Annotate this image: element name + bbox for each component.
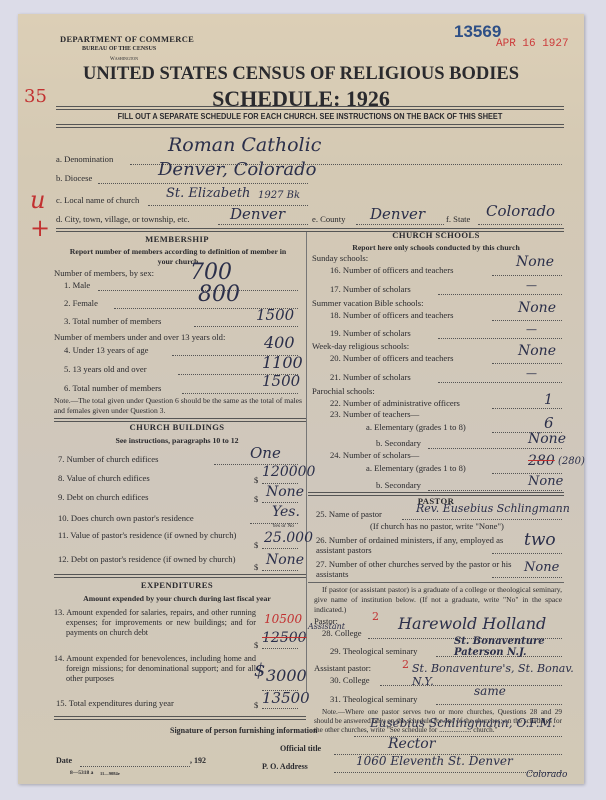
total-members-age-line (182, 393, 298, 394)
q25-hint: (If church has no pastor, write "None") (370, 521, 504, 531)
female-label: 2. Female (64, 298, 98, 308)
membership-heading: MEMBERSHIP (48, 234, 306, 244)
members-by-sex-label: Number of members, by sex: (54, 268, 154, 278)
total-members-age-label: 6. Total number of members (64, 383, 161, 393)
date-field[interactable] (80, 766, 190, 767)
residence-value-line (262, 548, 298, 549)
divider (56, 124, 564, 128)
owns-residence-value[interactable]: Yes. (272, 504, 300, 520)
graduate-note: If pastor (or assistant pastor) is a gra… (314, 585, 562, 615)
q23a-label: a. Elementary (grades 1 to 8) (366, 422, 466, 432)
signature-label: Signature of person furnishing informati… (170, 726, 317, 735)
male-label: 1. Male (64, 280, 90, 290)
official-title-label: Official title (280, 744, 321, 753)
under-13-label: 4. Under 13 years of age (64, 345, 148, 355)
schools-heading: CHURCH SCHOOLS (308, 230, 564, 240)
members-by-age-label: Number of members under and over 13 year… (54, 332, 225, 342)
q27-value[interactable]: None (524, 560, 559, 575)
bureau-city: Washington (110, 56, 138, 62)
q22-label: 22. Number of administrative officers (330, 398, 460, 408)
q23a-value[interactable]: 6 (544, 414, 554, 432)
currency-symbol: $ (254, 562, 258, 572)
q30-label: 30. College (330, 675, 370, 685)
total-members-line (194, 326, 298, 327)
residence-debt-label: 12. Debt on pastor's residence (if owned… (58, 554, 238, 564)
assistant-pastor-label: Assistant pastor: (314, 663, 371, 673)
summer-schools-label: Summer vacation Bible schools: (312, 298, 423, 308)
q23-label: 23. Number of teachers— (330, 409, 419, 419)
q13-label: 13. Amount expended for salaries, repair… (54, 608, 256, 638)
q20-value[interactable]: None (518, 343, 556, 359)
city-label: d. City, town, village, or township, etc… (56, 214, 190, 224)
denomination-value[interactable]: Roman Catholic (168, 134, 321, 156)
expenditures-heading: EXPENDITURES (48, 580, 306, 590)
over-13-value[interactable]: 1100 (262, 353, 303, 372)
q20-label: 20. Number of officers and teachers (330, 353, 453, 363)
local-name-label: c. Local name of church (56, 195, 139, 205)
q15-line (262, 708, 298, 709)
q21-value[interactable]: — (526, 367, 537, 380)
total-members-label: 3. Total number of members (64, 316, 161, 326)
q19-line (438, 338, 562, 339)
total-members-value[interactable]: 1500 (256, 306, 294, 324)
q18-line (492, 320, 562, 321)
margin-mark-count: 35 (24, 86, 47, 107)
red-mark: 2 (372, 610, 379, 623)
divider (54, 716, 306, 720)
residence-debt-line (262, 570, 298, 571)
currency-symbol: $ (254, 540, 258, 550)
q14-currency-mark: $ (254, 660, 265, 681)
residence-value-label: 11. Value of pastor's residence (if owne… (58, 530, 238, 540)
q16-line (492, 275, 562, 276)
q18-label: 18. Number of officers and teachers (330, 310, 453, 320)
divider (308, 582, 564, 583)
q16-label: 16. Number of officers and teachers (330, 265, 453, 275)
address-label: P. O. Address (262, 762, 308, 771)
edifices-debt-value[interactable]: None (266, 484, 304, 500)
q22-line (492, 408, 562, 409)
local-name-value[interactable]: St. Elizabeth (166, 186, 250, 201)
membership-subheading: Report number of members according to de… (68, 247, 288, 267)
currency-symbol: $ (254, 494, 258, 504)
weekday-schools-label: Week-day religious schools: (312, 341, 409, 351)
state-label: f. State (446, 214, 470, 224)
q24b-value[interactable]: None (528, 474, 563, 489)
print-code: 11—9084e (100, 771, 120, 776)
red-mark: 2 (402, 658, 409, 671)
currency-symbol: $ (254, 640, 258, 650)
city-line (218, 224, 308, 225)
received-date-stamp: APR 16 1927 (496, 38, 569, 50)
q24b-label: b. Secondary (376, 480, 421, 490)
q29-value[interactable]: St. Bonaventure Paterson N.J. (454, 636, 584, 658)
q24-label: 24. Number of scholars— (330, 450, 419, 460)
diocese-value[interactable]: Denver, Colorado (158, 159, 316, 180)
signature-value[interactable]: Eusebius Schlingmann, O.F.M. (370, 716, 556, 730)
q13-line (262, 648, 298, 649)
q25-value[interactable]: Rev. Eusebius Schlingmann (416, 502, 570, 515)
city-value[interactable]: Denver (230, 205, 285, 223)
diocese-label: b. Diocese (56, 173, 92, 183)
edifices-count-value[interactable]: One (250, 444, 281, 462)
q31-label: 31. Theological seminary (330, 694, 417, 704)
q16-value[interactable]: None (516, 254, 554, 270)
q28-label: 28. College (322, 628, 362, 638)
form-title: UNITED STATES CENSUS OF RELIGIOUS BODIES (18, 64, 584, 85)
edifices-debt-line (262, 502, 298, 503)
sunday-schools-label: Sunday schools: (312, 253, 368, 263)
q20-line (492, 363, 562, 364)
column-divider (306, 232, 307, 692)
parochial-schools-label: Parochial schools: (312, 386, 375, 396)
q23b-value[interactable]: None (528, 431, 566, 447)
q31-value[interactable]: same (474, 684, 506, 698)
form-code: 8—5318 a (70, 770, 93, 776)
q26-line (492, 553, 562, 554)
female-value[interactable]: 800 (198, 282, 240, 307)
divider (54, 574, 306, 578)
county-label: e. County (312, 214, 345, 224)
bureau-name: BUREAU OF THE CENSUS (82, 46, 156, 52)
q17-value[interactable]: — (526, 279, 537, 292)
q14-label: 14. Amount expended for benevolences, in… (54, 654, 256, 684)
q17-label: 17. Number of scholars (330, 284, 411, 294)
q15-label: 15. Total expenditures during year (56, 698, 174, 708)
signature-line (354, 736, 562, 737)
q19-label: 19. Number of scholars (330, 328, 411, 338)
q23b-label: b. Secondary (376, 438, 421, 448)
buildings-heading: CHURCH BUILDINGS (48, 422, 306, 432)
q25-label: 25. Name of pastor (316, 509, 382, 519)
q19-value[interactable]: — (526, 323, 537, 336)
census-schedule-form: DEPARTMENT OF COMMERCE BUREAU OF THE CEN… (18, 14, 584, 784)
q26-value[interactable]: two (524, 530, 556, 550)
q22-value[interactable]: 1 (544, 392, 553, 408)
q29-label: 29. Theological seminary (330, 646, 417, 656)
residence-value-value[interactable]: 25.000 (264, 530, 313, 546)
over-13-label: 5. 13 years old and over (64, 364, 147, 374)
instruction-banner: FILL OUT A SEPARATE SCHEDULE FOR EACH CH… (78, 112, 542, 121)
local-name-annotation: 1927 Bk (258, 190, 300, 201)
official-title-value[interactable]: Rector (388, 736, 435, 752)
q27-label: 27. Number of other churches served by t… (316, 559, 516, 579)
q17-line (438, 294, 562, 295)
total-members-age-value[interactable]: 1500 (262, 372, 300, 390)
yes-no-hint: Yes or No (272, 523, 294, 529)
under-13-value[interactable]: 400 (264, 333, 295, 352)
state-value[interactable]: Colorado (486, 202, 555, 220)
q24a-label: a. Elementary (grades 1 to 8) (366, 463, 466, 473)
date-year: , 192 (190, 756, 206, 765)
margin-mark-letter: u (30, 186, 45, 214)
schools-subheading: Report here only schools conducted by th… (308, 243, 564, 252)
q24b-line (428, 490, 562, 491)
q13-struck-value: 12500 (262, 630, 307, 646)
department-name: DEPARTMENT OF COMMERCE (60, 34, 194, 44)
q23b-line (428, 448, 562, 449)
edifices-debt-label: 9. Debt on church edifices (58, 492, 148, 502)
date-label: Date (56, 756, 72, 765)
serial-number: 13569 (454, 22, 501, 42)
q15-value[interactable]: 13500 (262, 689, 310, 707)
q24a-value[interactable]: (280) (558, 456, 585, 467)
address-value[interactable]: 1060 Eleventh St. Denver (356, 754, 513, 768)
currency-symbol: $ (254, 700, 258, 710)
q13-value[interactable]: 10500 (264, 612, 302, 626)
address-value-2[interactable]: Colorado (526, 770, 567, 780)
q31-line (436, 704, 562, 705)
q28-value[interactable]: Harewold Holland (398, 614, 546, 633)
q21-label: 21. Number of scholars (330, 372, 411, 382)
diocese-line (98, 183, 308, 184)
edifices-value-label: 8. Value of church edifices (58, 473, 150, 483)
divider (56, 106, 564, 110)
expenditures-subheading: Amount expended by your church during la… (48, 594, 306, 603)
q18-value[interactable]: None (518, 300, 556, 316)
edifices-value-value[interactable]: 120000 (262, 464, 315, 480)
state-line (478, 224, 562, 225)
edifices-count-label: 7. Number of church edifices (58, 454, 158, 464)
owns-residence-label: 10. Does church own pastor's residence (58, 513, 194, 523)
denomination-label: a. Denomination (56, 154, 113, 164)
q14-value[interactable]: 3000 (266, 666, 307, 685)
county-line (356, 224, 444, 225)
q26-label: 26. Number of ordained ministers, if any… (316, 535, 516, 555)
q21-line (438, 382, 562, 383)
q27-line (492, 577, 562, 578)
q25-line (402, 519, 562, 520)
residence-debt-value[interactable]: None (266, 552, 304, 568)
membership-note: Note.—The total given under Question 6 s… (54, 396, 302, 416)
q24a-struck-value: 280 (528, 453, 555, 469)
currency-symbol: $ (254, 475, 258, 485)
county-value[interactable]: Denver (370, 205, 425, 223)
